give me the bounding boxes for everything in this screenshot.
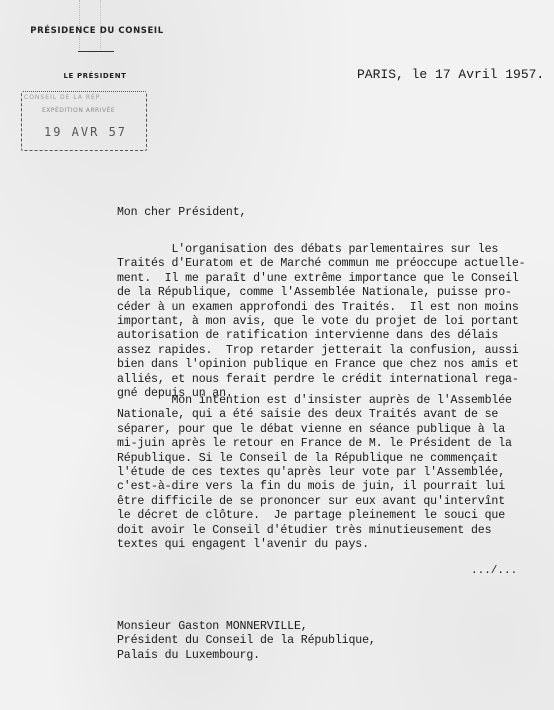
text-line: textes qui engagent l'avenir du pays. [117,538,512,552]
fold-mark [79,0,101,50]
date-line: PARIS, le 17 Avril 1957. [357,67,544,82]
text-line: important, à mon avis, que le vote du pr… [117,315,525,329]
text-line: c'est-à-dire vers la fin du mois de juin… [117,480,512,494]
text-line: céder à un examen approfondi des Traités… [117,301,525,315]
paragraph-1: L'organisation des débats parlementaires… [117,243,525,401]
text-line: être difficile de se prononcer sur eux a… [117,495,512,509]
text-line: Nationale, qui a été saisie des deux Tra… [117,408,512,422]
stamp-line1: CONSEIL DE LA RÉP. [24,94,102,101]
letter-page: PRÉSIDENCE DU CONSEIL LE PRÉSIDENT CONSE… [0,0,554,710]
text-line: séparer, pour que le débat vienne en séa… [117,423,512,437]
continued-marker: .../... [471,565,517,577]
text-line: Mon intention est d'insister auprès de l… [117,394,512,408]
address-line: Monsieur Gaston MONNERVILLE, [117,620,376,634]
letterhead-rule [78,51,114,52]
text-line: l'étude de ces textes qu'après leur vote… [117,466,512,480]
letterhead-organization: PRÉSIDENCE DU CONSEIL [22,26,172,36]
text-line: mi-juin après le retour en France de M. … [117,437,512,451]
stamp-line2: EXPÉDITION ARRIVÉE [42,107,115,114]
text-line: le décret de clôture. Je partage pleinem… [117,509,512,523]
text-line: République. Si le Conseil de la Républiq… [117,452,512,466]
text-line: bien dans l'opinion publique en France q… [117,358,525,372]
received-stamp: CONSEIL DE LA RÉP. EXPÉDITION ARRIVÉE 19… [21,91,147,151]
recipient-address: Monsieur Gaston MONNERVILLE,Président du… [117,620,376,663]
text-line: de la République, comme l'Assemblée Nati… [117,286,525,300]
address-line: Palais du Luxembourg. [117,649,376,663]
paragraph-2: Mon intention est d'insister auprès de l… [117,394,512,552]
letterhead-title: LE PRÉSIDENT [20,72,170,80]
text-line: L'organisation des débats parlementaires… [117,243,525,257]
text-line: doit avoir le Conseil d'étudier très min… [117,524,512,538]
text-line: ment. Il me paraît d'une extrême importa… [117,272,525,286]
text-line: alliés, et nous ferait perdre le crédit … [117,373,525,387]
address-line: Président du Conseil de la République, [117,634,376,648]
text-line: autorisation de ratification intervienne… [117,329,525,343]
stamp-date: 19 AVR 57 [44,125,127,139]
text-line: assez rapides. Trop retarder jetterait l… [117,344,525,358]
text-line: Traités d'Euratom et de Marché commun me… [117,257,525,271]
salutation: Mon cher Président, [117,206,246,220]
